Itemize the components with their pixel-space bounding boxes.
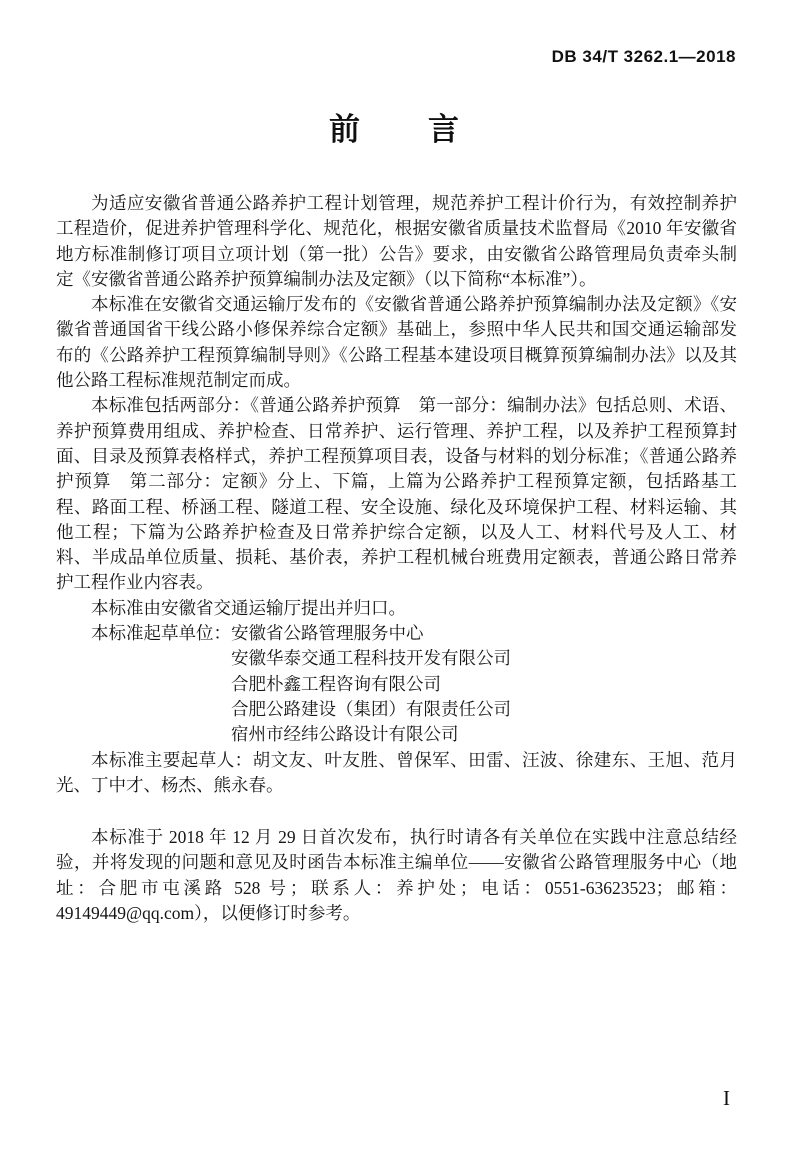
paragraph-structure: 本标准包括两部分：《普通公路养护预算 第一部分：编制办法》包括总则、术语、养护预… — [56, 393, 737, 595]
drafting-units-label: 本标准起草单位： — [91, 623, 231, 643]
foreword-content: 为适应安徽省普通公路养护工程计划管理，规范养护工程计价行为，有效控制养护工程造价… — [56, 191, 737, 926]
page-number: I — [723, 1086, 730, 1111]
drafting-unit: 宿州市经纬公路设计有限公司 — [56, 722, 737, 747]
drafters-line: 本标准主要起草人：胡文友、叶友胜、曾保军、田雷、汪波、徐建东、王旭、范月光、丁中… — [56, 748, 737, 799]
issuer-line: 本标准由安徽省交通运输厅提出并归口。 — [56, 596, 737, 621]
drafting-unit: 合肥公路建设（集团）有限责任公司 — [56, 697, 737, 722]
drafting-unit: 安徽省公路管理服务中心 — [231, 623, 424, 643]
standard-code: DB 34/T 3262.1—2018 — [552, 47, 736, 67]
drafting-units-first-line: 本标准起草单位：安徽省公路管理服务中心 — [56, 621, 737, 646]
drafting-unit: 合肥朴鑫工程咨询有限公司 — [56, 672, 737, 697]
page-title: 前 言 — [0, 0, 790, 149]
paragraph-purpose: 为适应安徽省普通公路养护工程计划管理，规范养护工程计价行为，有效控制养护工程造价… — [56, 191, 737, 292]
document-page: DB 34/T 3262.1—2018 前 言 为适应安徽省普通公路养护工程计划… — [0, 0, 790, 1151]
release-note: 本标准于 2018 年 12 月 29 日首次发布，执行时请各有关单位在实践中注… — [56, 825, 737, 926]
paragraph-basis: 本标准在安徽省交通运输厅发布的《安徽省普通公路养护预算编制办法及定额》《安徽省普… — [56, 292, 737, 393]
drafting-unit: 安徽华泰交通工程科技开发有限公司 — [56, 646, 737, 671]
